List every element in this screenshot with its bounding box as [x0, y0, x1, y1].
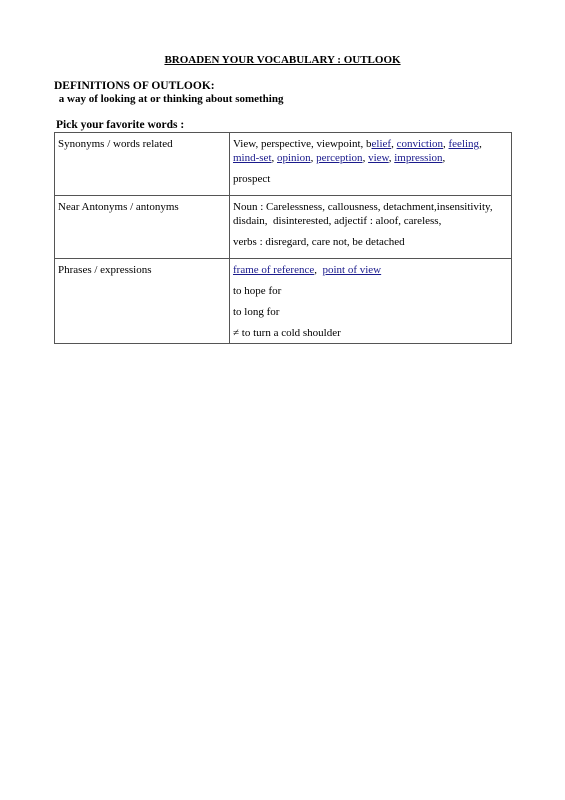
synonyms-line-3: prospect: [233, 172, 508, 186]
link-view[interactable]: view: [368, 152, 389, 164]
synonyms-line-2: mind-set, opinion, perception, view, imp…: [233, 151, 508, 165]
phrases-label: Phrases / expressions: [55, 259, 230, 344]
table-row-phrases: Phrases / expressions frame of reference…: [55, 259, 512, 344]
definition-text: a way of looking at or thinking about so…: [56, 93, 283, 106]
link-perception[interactable]: perception: [316, 152, 362, 164]
vocabulary-table: Synonyms / words related View, perspecti…: [54, 132, 512, 344]
table-row-antonyms: Near Antonyms / antonyms Noun : Careless…: [55, 196, 512, 259]
antonyms-line-2: disdain, disinterested, adjectif : aloof…: [233, 214, 508, 228]
synonyms-line-1: View, perspective, viewpoint, belief, co…: [233, 137, 508, 151]
phrase-item: to hope for: [233, 284, 508, 298]
link-conviction[interactable]: conviction: [397, 138, 443, 150]
antonyms-label: Near Antonyms / antonyms: [55, 196, 230, 259]
antonyms-line-3: verbs : disregard, care not, be detached: [233, 235, 508, 249]
link-point-of-view[interactable]: point of view: [322, 264, 381, 276]
link-impression[interactable]: impression: [394, 152, 442, 164]
synonyms-cell: View, perspective, viewpoint, belief, co…: [230, 133, 512, 196]
link-mind-set[interactable]: mind-set: [233, 152, 272, 164]
link-feeling[interactable]: feeling: [449, 138, 480, 150]
antonyms-cell: Noun : Carelessness, callousness, detach…: [230, 196, 512, 259]
antonyms-line-1: Noun : Carelessness, callousness, detach…: [233, 200, 508, 214]
link-belief[interactable]: elief: [372, 138, 392, 150]
page-title: BROADEN YOUR VOCABULARY : OUTLOOK: [0, 53, 565, 67]
pick-favorite-words-label: Pick your favorite words :: [56, 119, 184, 132]
phrase-item: to long for: [233, 305, 508, 319]
phrases-cell: frame of reference, point of view to hop…: [230, 259, 512, 344]
definitions-heading: DEFINITIONS OF OUTLOOK:: [54, 80, 215, 93]
phrases-links-line: frame of reference, point of view: [233, 263, 508, 277]
table-row-synonyms: Synonyms / words related View, perspecti…: [55, 133, 512, 196]
synonyms-label: Synonyms / words related: [55, 133, 230, 196]
link-frame-of-reference[interactable]: frame of reference: [233, 264, 314, 276]
phrase-item: ≠ to turn a cold shoulder: [233, 326, 508, 340]
link-opinion[interactable]: opinion: [277, 152, 311, 164]
synonyms-plain-text: View, perspective, viewpoint, b: [233, 138, 372, 150]
